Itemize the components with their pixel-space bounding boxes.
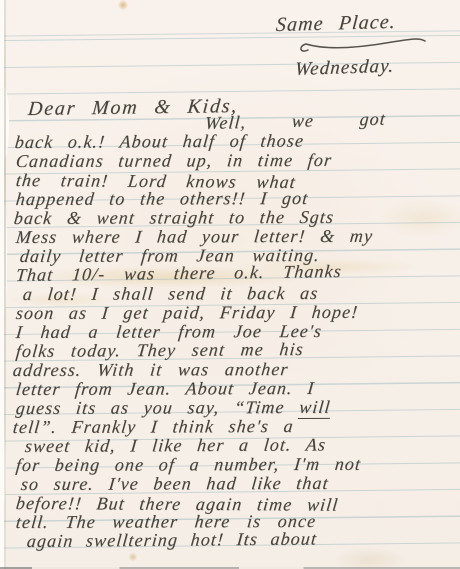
letter-line: happened to the others!! I got [15,188,309,207]
letter-line: again swelltering hot! Its about [26,529,318,550]
letter-line: guess its as you say, “Time will [15,397,332,416]
letter-page: Same Place. Wednesday. Dear Mom & Kids, … [0,0,460,569]
flourish-underline [296,36,428,54]
letter-line: back o.k.! About half of those [14,131,305,151]
letter-line: tell”. Frankly I think she's a [12,417,295,436]
letter-line: soon as I get paid, Friday I hope! [15,302,359,321]
letter-line: That 10/- was there o.k. Thanks [15,262,343,284]
letter-line: folks today. They sent me his [15,339,305,359]
letter-line: Well, we got [204,109,386,131]
letter-place-line: Same Place. [275,12,396,35]
letter-line: address. With it was another [12,360,289,379]
letter-date-line: Wednesday. [294,56,395,79]
letter-line: back & went straight to the Sgts [13,207,335,226]
letter-line: I had a letter from Joe Lee's [15,321,323,340]
letter-line: so sure. I've been had like that [20,473,330,492]
paper-left-edge-shadow [4,0,6,569]
letter-line: tell. The weather here is once [15,511,317,530]
letter-line: Canadians turned up, in time for [15,150,333,169]
underlined-word: will [298,396,332,418]
letter-line: a lot! I shall send it back as [22,283,319,302]
letter-line: Mess where I had your letter! & my [15,226,374,245]
letter-line: sweet kid, I like her a lot. As [24,435,327,455]
letter-line: letter from Jean. About Jean. I [15,378,315,397]
letter-line-text: guess its as you say, “Time [15,397,300,418]
letter-line: for being one of a number, I'm not [15,454,362,473]
